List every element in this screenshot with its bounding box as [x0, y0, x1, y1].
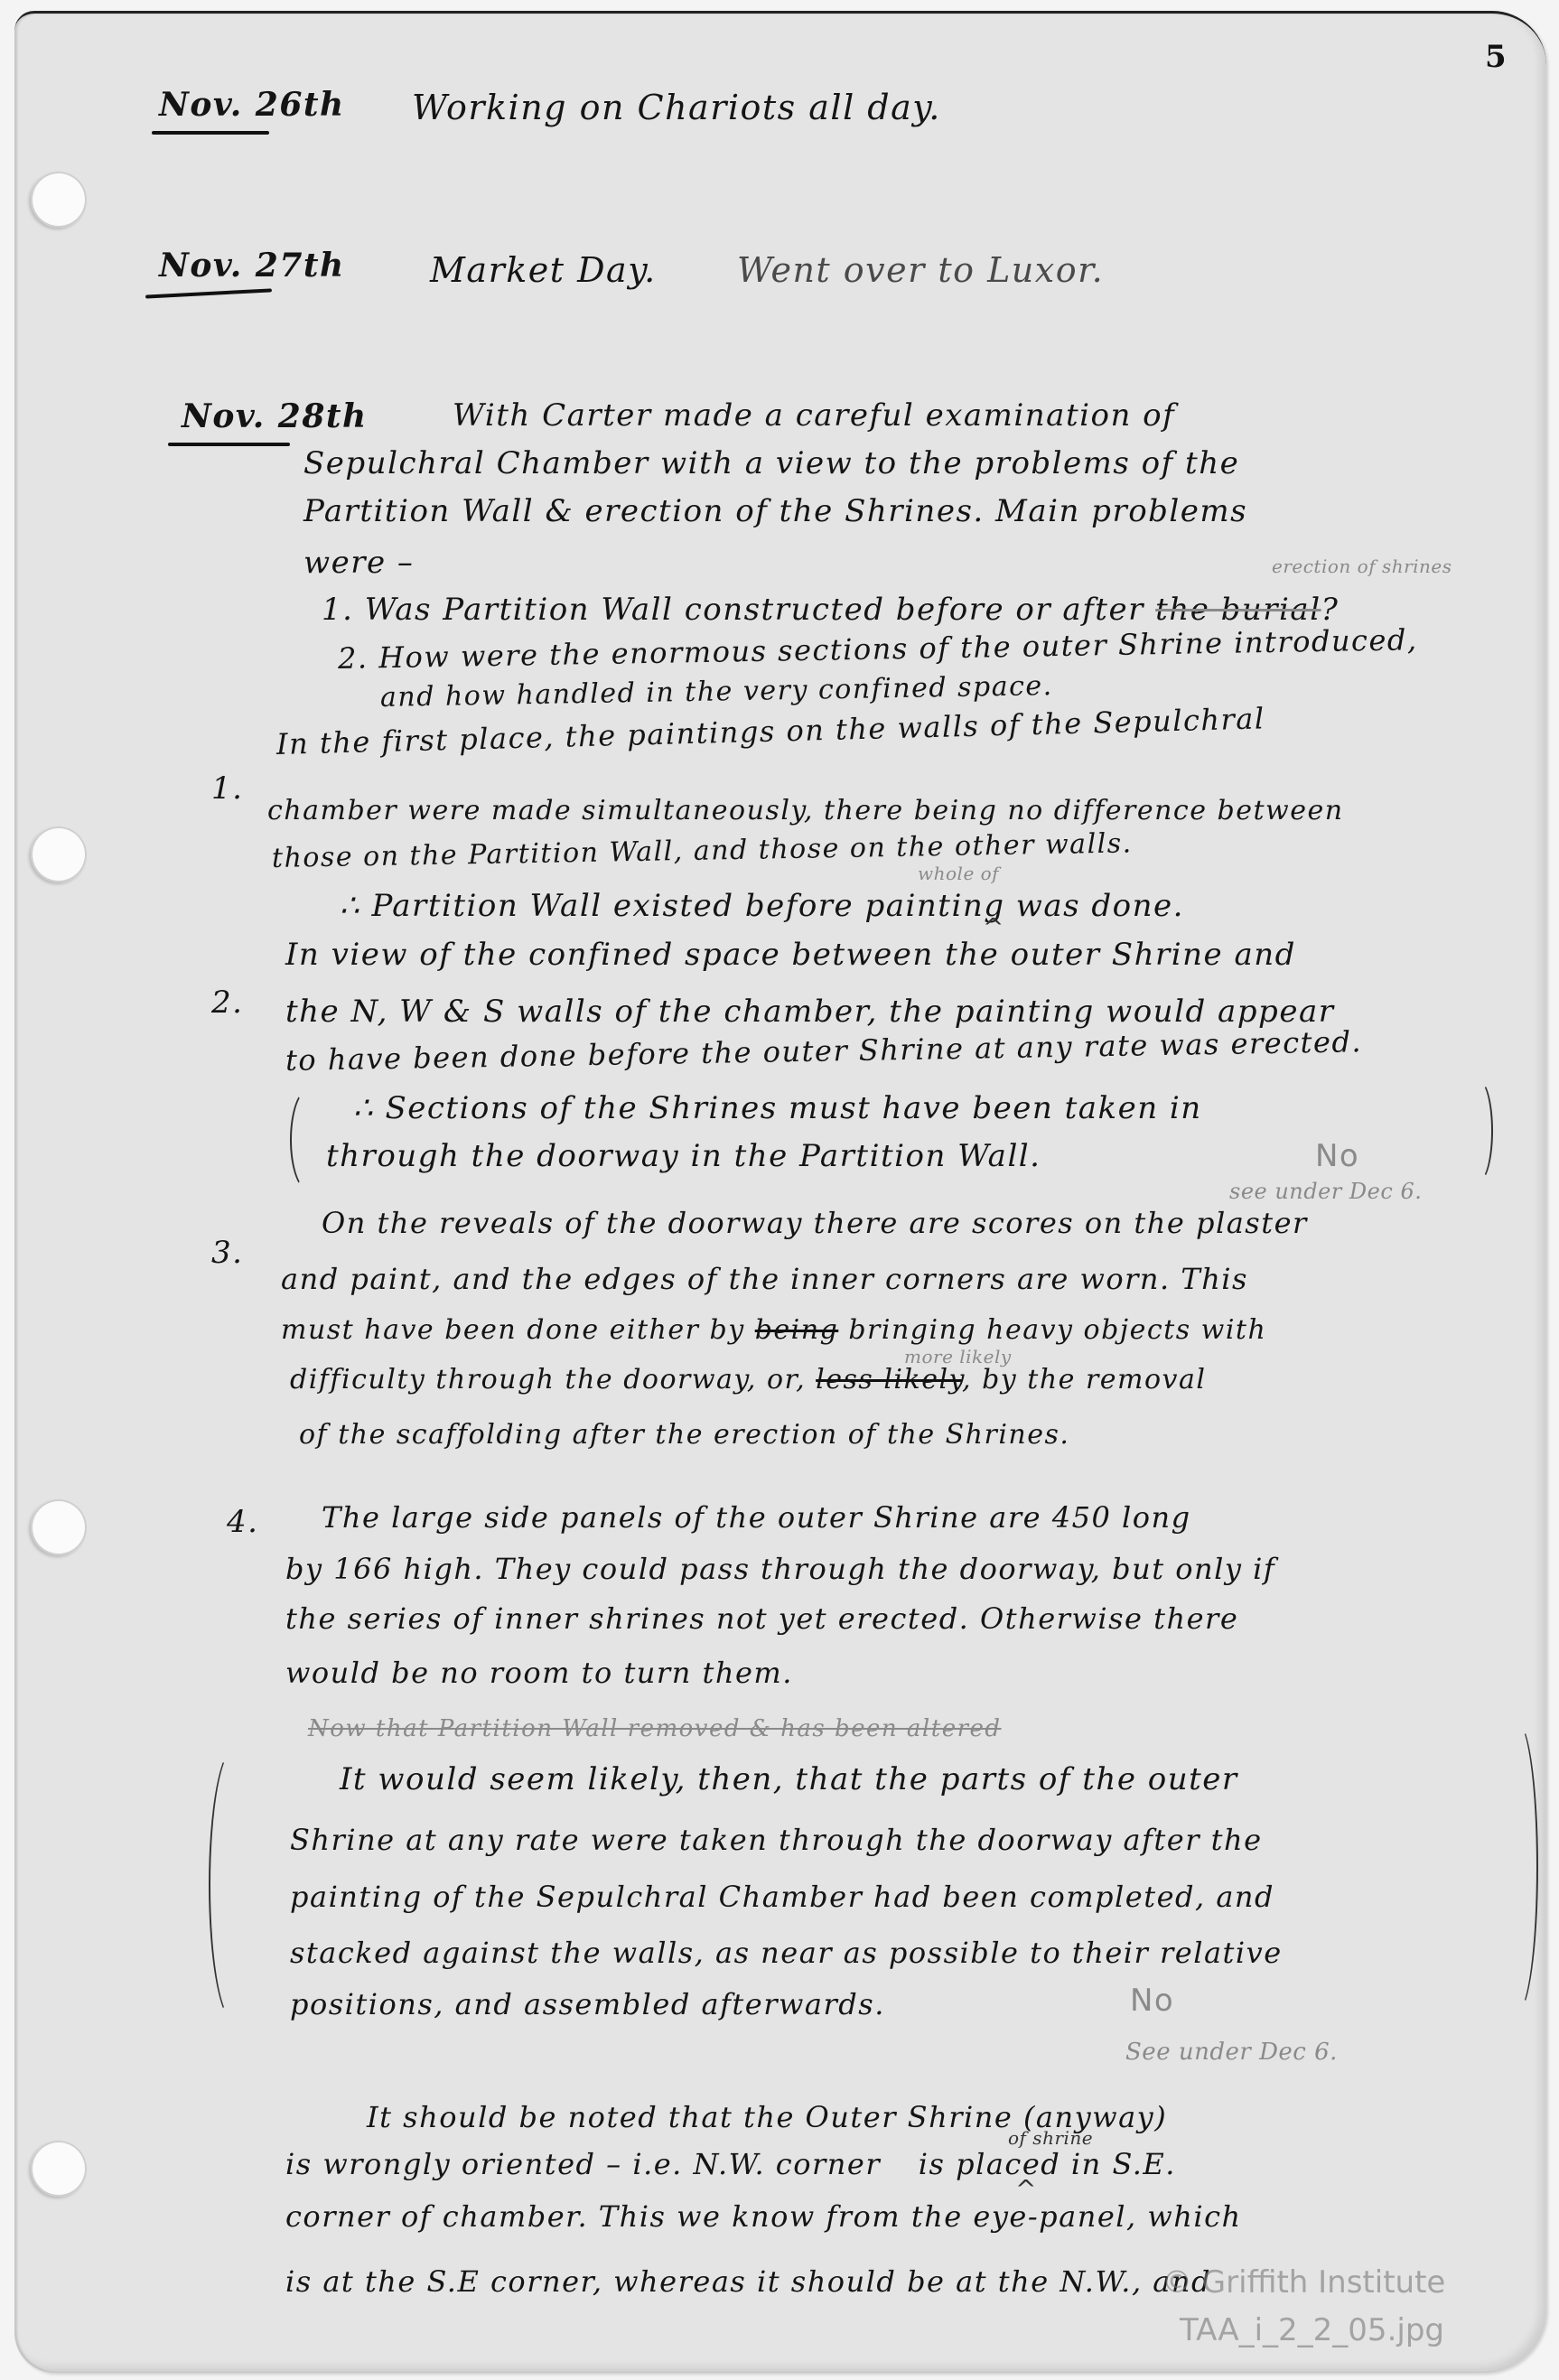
question-1: 1. Was Partition Wall constructed before…: [322, 592, 1339, 628]
punch-hole: [31, 826, 87, 882]
nov28-line: were –: [303, 545, 414, 581]
point3-line4-b: , by the removal: [962, 1364, 1206, 1395]
bracket-right: [1496, 1721, 1538, 2013]
point-number: 3.: [211, 1235, 243, 1271]
conclusion-line: positions, and assembled afterwards.: [290, 1987, 885, 2021]
bracket-left: [290, 1088, 328, 1191]
point1-conclusion: ∴ Partition Wall existed before painting…: [340, 888, 1184, 924]
conclusion-line: stacked against the walls, as near as po…: [290, 1936, 1283, 1970]
point3-line4-a: difficulty through the doorway, or,: [290, 1364, 806, 1395]
question-mark: ?: [1321, 592, 1340, 628]
conclusion-line: Shrine at any rate were taken through th…: [290, 1823, 1263, 1857]
pencil-note-see-under: See under Dec 6.: [1125, 2039, 1338, 2066]
punch-hole: [31, 2141, 87, 2197]
conclusion-line: It would seem likely, then, that the par…: [340, 1761, 1238, 1797]
nov28-line: Sepulchral Chamber with a view to the pr…: [303, 445, 1239, 481]
point3-line3-a: must have been done either by: [281, 1314, 745, 1346]
point4-line: by 166 high. They could pass through the…: [285, 1552, 1275, 1586]
pencil-note-no: No: [1315, 1138, 1359, 1174]
point3-line3-b: bringing heavy objects with: [848, 1314, 1266, 1346]
orientation-line2-b: is placed in S.E.: [919, 2147, 1176, 2181]
point3-line: of the scaffolding after the erection of…: [299, 1419, 1069, 1451]
point4-line: would be no room to turn them.: [285, 1656, 793, 1690]
entry-date-nov27: Nov. 27th: [159, 247, 345, 285]
point-number: 1.: [211, 770, 243, 807]
point3-line: difficulty through the doorway, or, less…: [290, 1364, 1206, 1395]
point4-line: the series of inner shrines not yet erec…: [285, 1601, 1238, 1636]
struck-text: less likely: [816, 1364, 962, 1395]
point3-line: must have been done either by being brin…: [281, 1314, 1266, 1346]
date-underline: [168, 443, 290, 446]
point2-line: to have been done before the outer Shrin…: [285, 1024, 1363, 1078]
question-2: 2. How were the enormous sections of the…: [338, 622, 1418, 676]
struck-text: the burial: [1155, 592, 1321, 628]
point-number: 2.: [211, 985, 243, 1021]
point2-line: In view of the confined space between th…: [285, 937, 1296, 973]
orientation-line2-a: is wrongly oriented – i.e. N.W. corner: [285, 2147, 881, 2181]
point2-line: the N, W & S walls of the chamber, the p…: [285, 994, 1334, 1030]
question-1-text: 1. Was Partition Wall constructed before…: [322, 592, 1144, 628]
punch-hole: [31, 172, 87, 228]
pencil-note-no: No: [1130, 1983, 1174, 2019]
point1-line: chamber were made simultaneously, there …: [267, 795, 1344, 826]
bracket-right: [1464, 1079, 1493, 1182]
entry-text-nov27-market: Market Day.: [430, 250, 657, 290]
date-underline: [145, 288, 272, 298]
point2-bracket-line: ∴ Sections of the Shrines must have been…: [353, 1090, 1202, 1126]
point3-line: On the reveals of the doorway there are …: [322, 1206, 1308, 1240]
orientation-line: is wrongly oriented – i.e. N.W. corner i…: [285, 2147, 1176, 2181]
orientation-line: is at the S.E corner, whereas it should …: [285, 2264, 1211, 2299]
watermark-copyright: © Griffith Institute: [1162, 2264, 1445, 2301]
point4-line: The large side panels of the outer Shrin…: [322, 1500, 1191, 1535]
orientation-line: corner of chamber. This we know from the…: [285, 2199, 1242, 2234]
nov28-line: With Carter made a careful examination o…: [453, 397, 1175, 434]
journal-page: 5 Nov. 26th Working on Chariots all day.…: [14, 11, 1546, 2373]
question-2-cont: and how handled in the very confined spa…: [380, 670, 1053, 714]
conclusion-line: painting of the Sepulchral Chamber had b…: [290, 1880, 1274, 1914]
entry-text-nov26: Working on Chariots all day.: [412, 88, 941, 127]
point3-line: and paint, and the edges of the inner co…: [281, 1262, 1248, 1296]
entry-date-nov26: Nov. 26th: [159, 86, 345, 124]
entry-text-nov27-luxor: Went over to Luxor.: [737, 250, 1104, 290]
insert-whole-of: whole of: [918, 863, 999, 884]
entry-date-nov28: Nov. 28th: [182, 397, 368, 435]
struck-text: being: [755, 1314, 839, 1346]
punch-hole: [31, 1499, 87, 1555]
point2-bracket-line: through the doorway in the Partition Wal…: [326, 1138, 1041, 1174]
nov28-line: Partition Wall & erection of the Shrines…: [303, 493, 1247, 529]
page-number: 5: [1485, 39, 1507, 75]
point1-line: those on the Partition Wall, and those o…: [272, 827, 1133, 874]
date-underline: [152, 131, 269, 135]
point-number: 4.: [227, 1504, 258, 1540]
bracket-left: [209, 1748, 260, 2022]
insert-of-shrine: of shrine: [1008, 2127, 1093, 2149]
struck-pencil-line: Now that Partition Wall removed & has be…: [308, 1715, 1002, 1742]
pencil-annotation: erection of shrines: [1272, 555, 1452, 577]
watermark-filename: TAA_i_2_2_05.jpg: [1180, 2312, 1444, 2348]
pencil-note-see-under: see under Dec 6.: [1229, 1179, 1422, 1204]
